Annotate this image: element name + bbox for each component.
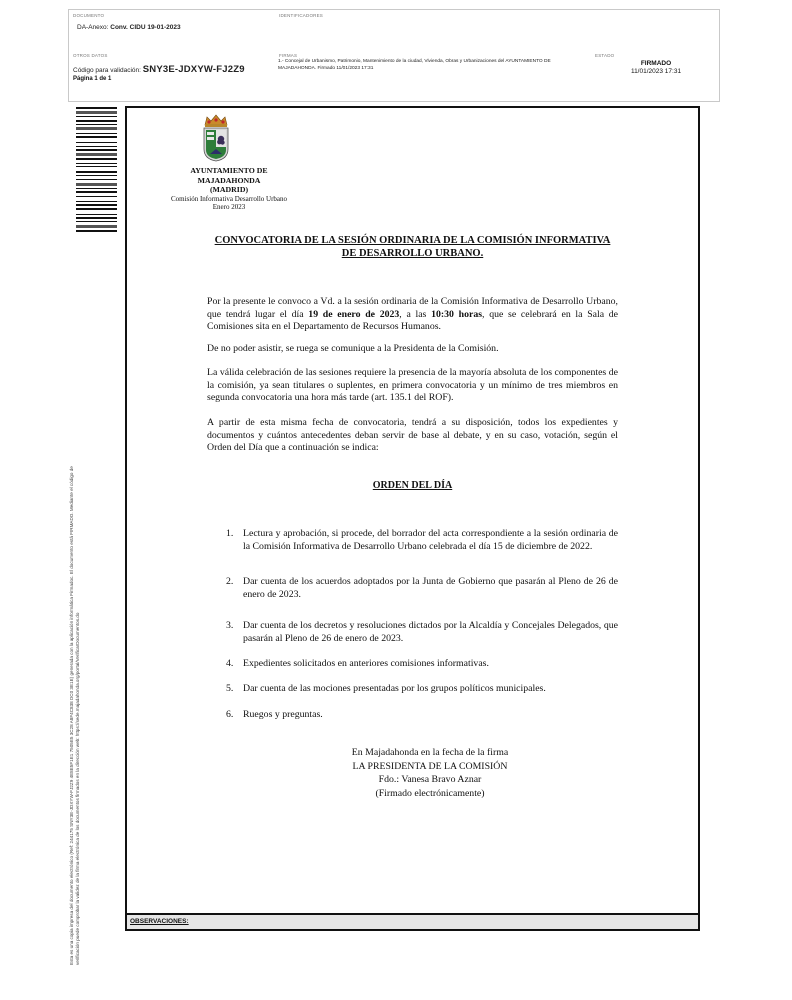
agenda-item: 1.Lectura y aprobación, si procede, del … (226, 528, 618, 553)
agenda-item-number: 1. (226, 528, 233, 541)
signature-note: (Firmado electrónicamente) (300, 787, 560, 801)
firmas-label: FIRMAS (279, 53, 297, 58)
agenda-item-number: 6. (226, 709, 233, 722)
p1-text-b: , a las (399, 309, 431, 320)
session-time: 10:30 horas (431, 309, 482, 320)
documento-cell: DOCUMENTO DA-Anexo: Conv. CIDU 19-01-202… (69, 10, 275, 46)
paragraph-quorum: La válida celebración de las sesiones re… (207, 367, 618, 405)
org-line-2: MAJADAHONDA (155, 176, 303, 186)
agenda-item-text: Lectura y aprobación, si procede, del bo… (243, 528, 618, 553)
signature-role: LA PRESIDENTA DE LA COMISIÓN (300, 760, 560, 774)
agenda-item-text: Expedientes solicitados en anteriores co… (243, 658, 618, 671)
agenda-item: 2.Dar cuenta de los acuerdos adoptados p… (226, 576, 618, 601)
observaciones-label: OBSERVACIONES: (130, 918, 189, 925)
agenda-item: 3.Dar cuenta de los decretos y resolucio… (226, 620, 618, 645)
validation-code-value: SNY3E-JDXYW-FJ2Z9 (143, 64, 245, 75)
signature-name: Fdo.: Vanesa Bravo Aznar (300, 773, 560, 787)
agenda-item-text: Dar cuenta de los acuerdos adoptados por… (243, 576, 618, 601)
agenda-item-number: 4. (226, 658, 233, 671)
documento-name: Conv. CIDU 19-01-2023 (110, 24, 180, 31)
agenda-item-number: 2. (226, 576, 233, 589)
coat-of-arms-icon (199, 113, 233, 163)
validation-code: Código para validación: SNY3E-JDXYW-FJ2Z… (73, 64, 245, 75)
status-datetime: 11/01/2023 17:31 (591, 68, 721, 75)
agenda-item-number: 3. (226, 620, 233, 633)
org-line-1: AYUNTAMIENTO DE (155, 166, 303, 176)
letterhead-date: Enero 2023 (155, 203, 303, 211)
documento-value: DA-Anexo: Conv. CIDU 19-01-2023 (77, 24, 181, 31)
validation-code-label: Código para validación: (73, 67, 143, 74)
status-badge: FIRMADO (591, 60, 721, 67)
verification-side-text: Esta es una copia impresa del documento … (69, 305, 81, 965)
estado-label: ESTADO (595, 53, 614, 58)
identificadores-cell: IDENTIFICADORES (275, 10, 721, 46)
document-metadata-header: DOCUMENTO DA-Anexo: Conv. CIDU 19-01-202… (68, 9, 720, 102)
document-frame: OBSERVACIONES: (125, 106, 700, 931)
agenda-item: 6.Ruegos y preguntas. (226, 709, 618, 722)
paragraph-absence: De no poder asistir, se ruega se comuniq… (207, 343, 618, 356)
identificadores-label: IDENTIFICADORES (279, 13, 323, 18)
paragraph-convocation: Por la presente le convoco a Vd. a la se… (207, 296, 618, 334)
agenda-item-number: 5. (226, 683, 233, 696)
signature-place: En Majadahonda en la fecha de la firma (300, 746, 560, 760)
agenda-item: 5.Dar cuenta de las mociones presentadas… (226, 683, 618, 696)
document-title: CONVOCATORIA DE LA SESIÓN ORDINARIA DE L… (200, 234, 625, 260)
title-line-1: CONVOCATORIA DE LA SESIÓN ORDINARIA DE L… (200, 234, 625, 247)
committee-name: Comisión Informativa Desarrollo Urbano (155, 195, 303, 203)
firmas-text: 1.- Concejal de Urbanismo, Patrimonio, M… (278, 59, 588, 72)
org-line-3: (MADRID) (155, 185, 303, 195)
estado-cell: ESTADO FIRMADO 11/01/2023 17:31 (591, 50, 721, 103)
organization-letterhead: AYUNTAMIENTO DE MAJADAHONDA (MADRID) Com… (155, 166, 303, 211)
agenda-heading: ORDEN DEL DÍA (300, 480, 525, 491)
page-count: Página 1 de 1 (73, 76, 111, 82)
title-line-2: DE DESARROLLO URBANO. (200, 247, 625, 260)
agenda-item: 4.Expedientes solicitados en anteriores … (226, 658, 618, 671)
signature-block: En Majadahonda en la fecha de la firma L… (300, 746, 560, 800)
documento-label: DOCUMENTO (73, 13, 104, 18)
side-text-line-2: verificación puede comprobar la validez … (75, 305, 81, 965)
agenda-item-text: Dar cuenta de las mociones presentadas p… (243, 683, 618, 696)
barcode-icon (76, 107, 117, 282)
documento-prefix: DA-Anexo: (77, 24, 110, 31)
otros-datos-label: OTROS DATOS (73, 53, 108, 58)
otros-datos-cell: OTROS DATOS Código para validación: SNY3… (69, 50, 275, 103)
observaciones-bar: OBSERVACIONES: (127, 913, 698, 929)
agenda-item-text: Ruegos y preguntas. (243, 709, 618, 722)
paragraph-documents: A partir de esta misma fecha de convocat… (207, 417, 618, 455)
firmas-cell: FIRMAS 1.- Concejal de Urbanismo, Patrim… (275, 50, 591, 103)
session-date: 19 de enero de 2023 (308, 309, 399, 320)
agenda-item-text: Dar cuenta de los decretos y resolucione… (243, 620, 618, 645)
